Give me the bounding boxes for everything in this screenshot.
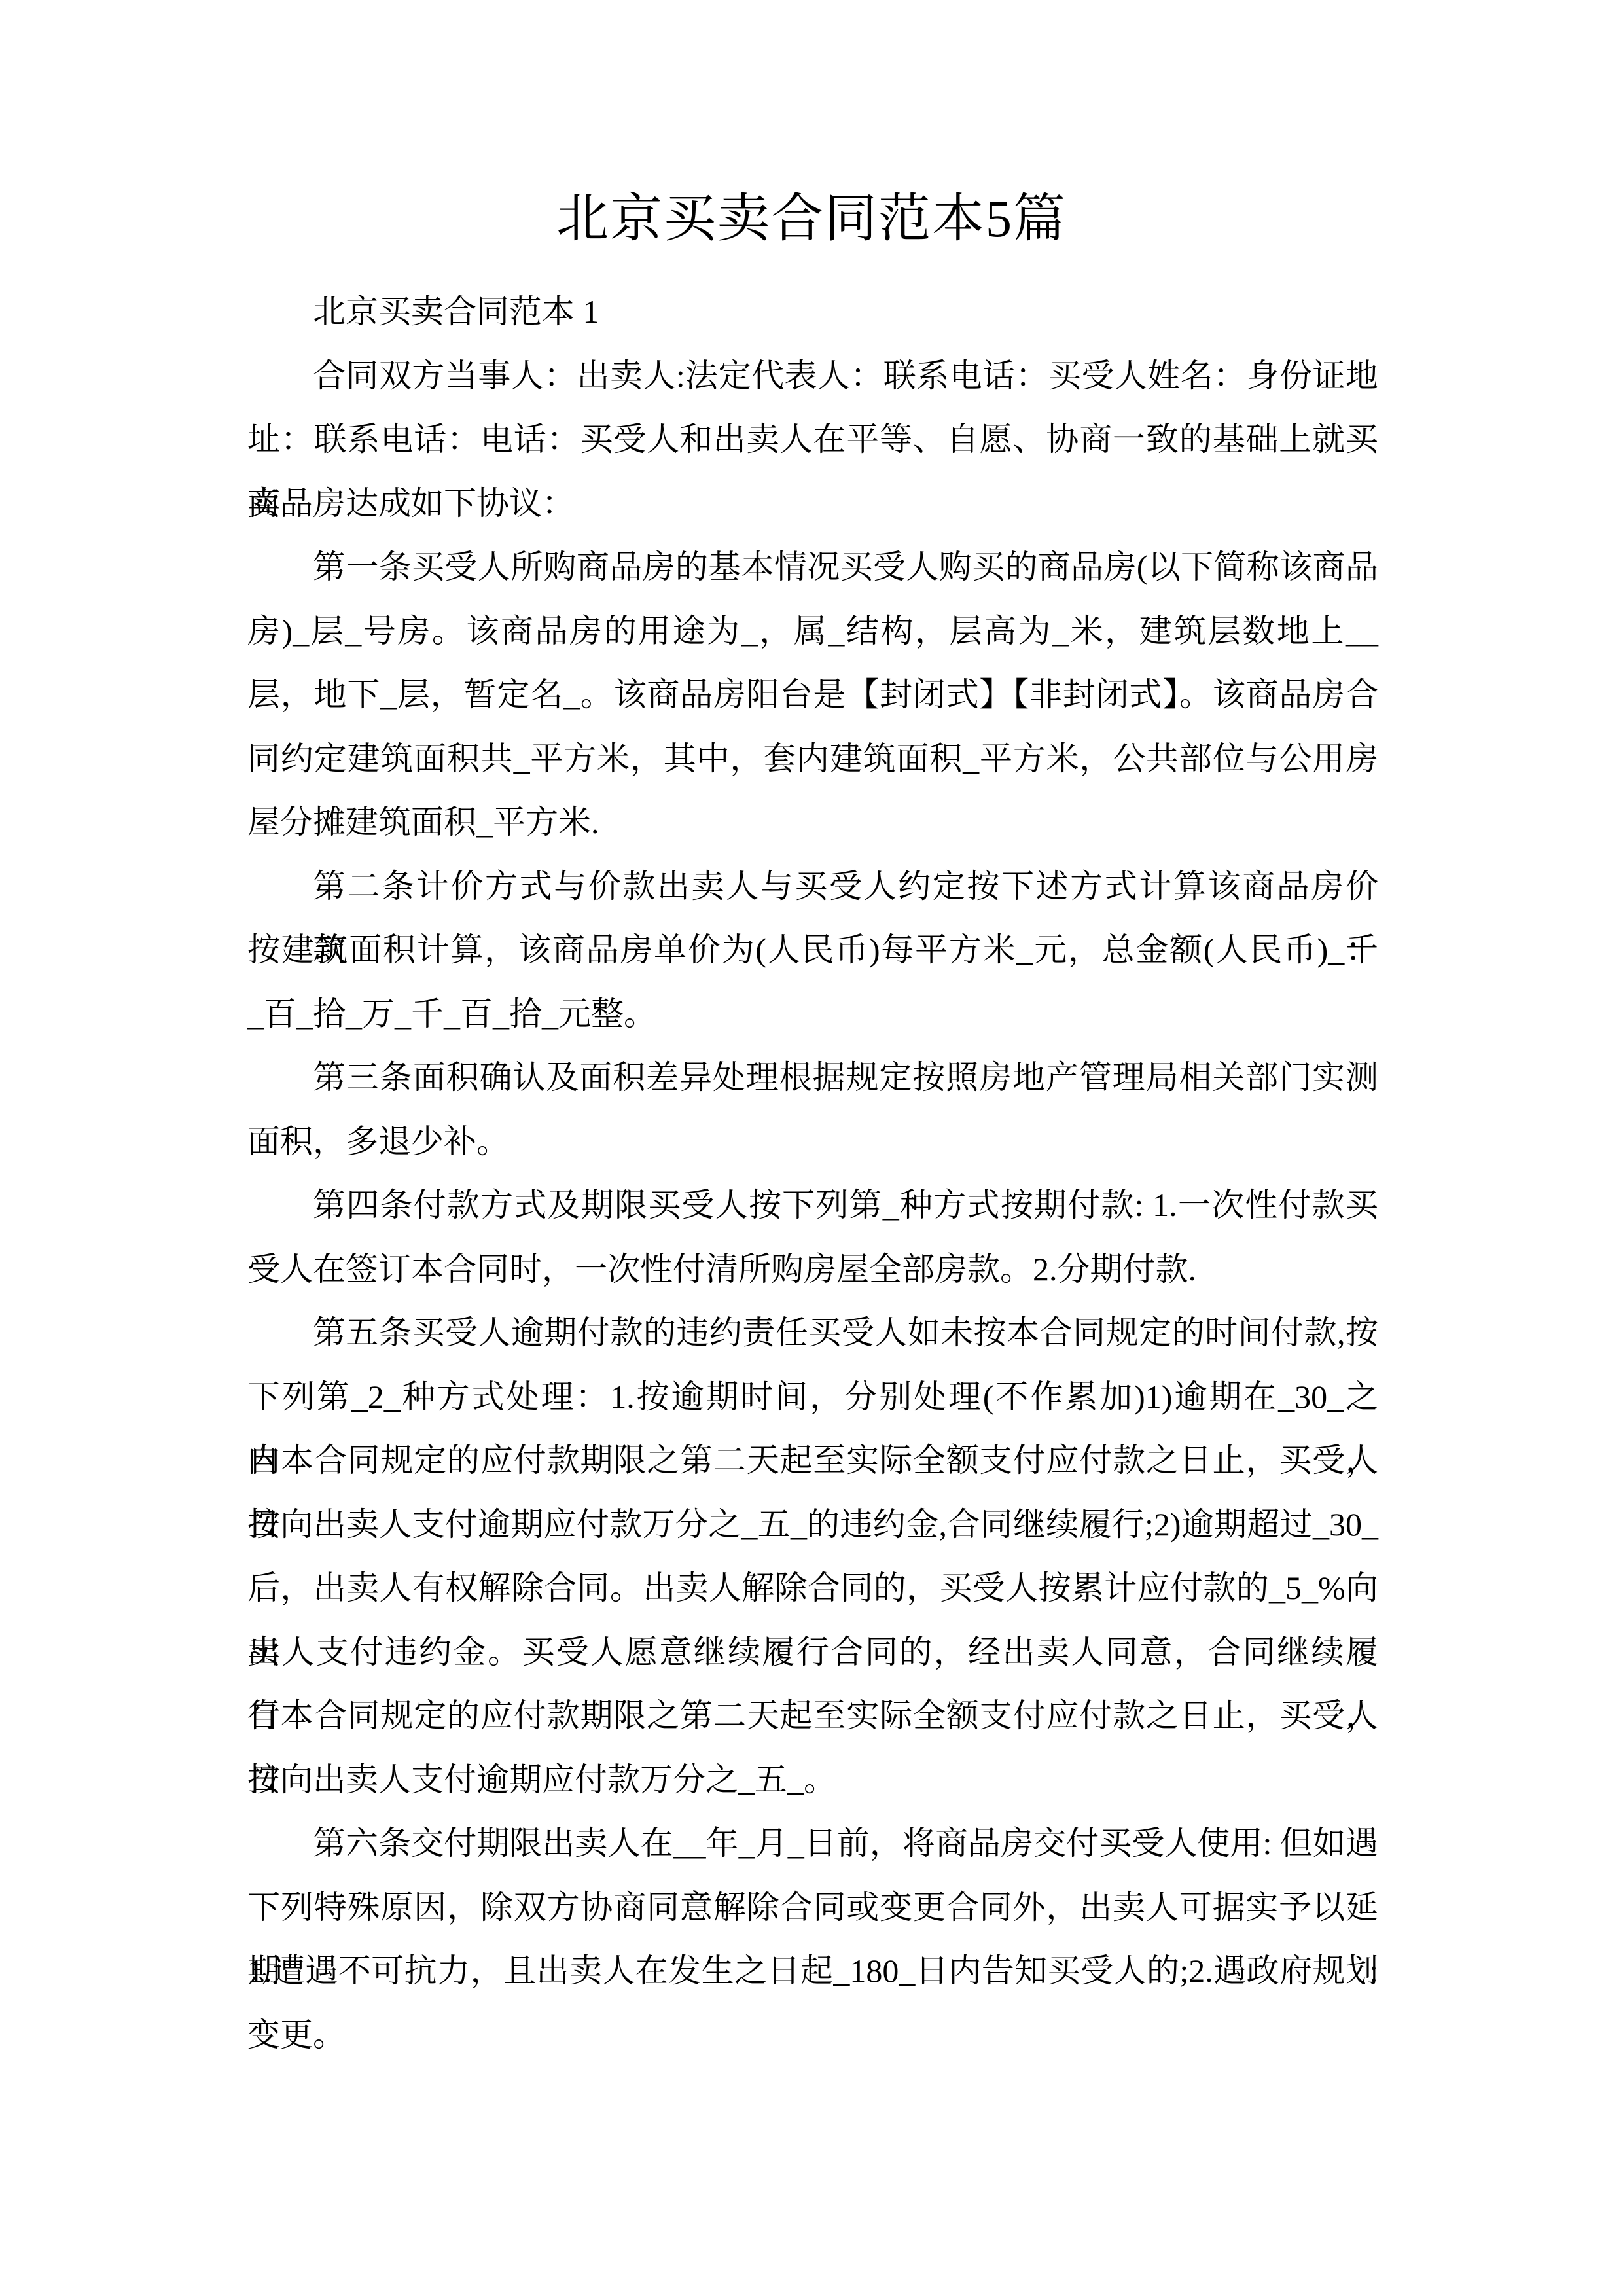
text-line: 受人在签订本合同时，一次性付清所购房屋全部房款。2.分期付款. [247, 1238, 1378, 1302]
text-line: 日向出卖人支付逾期应付款万分之_五_的违约金,合同继续履行;2)逾期超过_30_ [247, 1493, 1378, 1557]
document-title: 北京买卖合同范本5篇 [0, 177, 1623, 262]
text-line: 层，地下_层，暂定名_。该商品房阳台是【封闭式】【非封闭式】。该商品房合 [247, 663, 1378, 727]
text-line: 房)_层_号房。该商品房的用途为_，属_结构，层高为_米，建筑层数地上__ [247, 600, 1378, 664]
text-line: 卖人支付违约金。买受人愿意继续履行合同的，经出卖人同意，合同继续履行， [247, 1621, 1378, 1685]
text-line: 商品房达成如下协议： [247, 472, 1378, 536]
text-line: 第三条面积确认及面积差异处理根据规定按照房地产管理局相关部门实测 [247, 1046, 1378, 1110]
text-line: 自本合同规定的应付款期限之第二天起至实际全额支付应付款之日止，买受人按 [247, 1684, 1378, 1748]
text-line: 下列特殊原因，除双方协商同意解除合同或变更合同外，出卖人可据实予以延期: [247, 1876, 1378, 1940]
text-line: 址：联系电话：电话：买受人和出卖人在平等、自愿、协商一致的基础上就买卖 [247, 408, 1378, 472]
text-line: 日向出卖人支付逾期应付款万分之_五_。 [247, 1748, 1378, 1812]
text-line: 北京买卖合同范本 1 [247, 280, 1378, 344]
text-line: 第四条付款方式及期限买受人按下列第_种方式按期付款: 1.一次性付款买 [247, 1174, 1378, 1238]
text-line: 第一条买受人所购商品房的基本情况买受人购买的商品房(以下简称该商品 [247, 535, 1378, 600]
text-line: 第五条买受人逾期付款的违约责任买受人如未按本合同规定的时间付款,按 [247, 1301, 1378, 1365]
text-line: _百_拾_万_千_百_拾_元整。 [247, 982, 1378, 1047]
text-line: 第六条交付期限出卖人在__年_月_日前，将商品房交付买受人使用: 但如遇 [247, 1812, 1378, 1876]
text-line: 合同双方当事人：出卖人:法定代表人：联系电话：买受人姓名：身份证地 [247, 344, 1378, 408]
text-line: 屋分摊建筑面积_平方米. [247, 791, 1378, 855]
text-line: 后，出卖人有权解除合同。出卖人解除合同的，买受人按累计应付款的_5_%向出 [247, 1556, 1378, 1621]
text-line: 下列第_2_种方式处理：1.按逾期时间，分别处理(不作累加)1)逾期在_30_之… [247, 1365, 1378, 1429]
document-body: 北京买卖合同范本 1合同双方当事人：出卖人:法定代表人：联系电话：买受人姓名：身… [0, 280, 1623, 2067]
text-line: 自本合同规定的应付款期限之第二天起至实际全额支付应付款之日止，买受人按 [247, 1429, 1378, 1493]
document-page: 北京买卖合同范本5篇 北京买卖合同范本 1合同双方当事人：出卖人:法定代表人：联… [0, 0, 1623, 2296]
text-line: 1.遭遇不可抗力，且出卖人在发生之日起_180_日内告知买受人的;2.遇政府规划 [247, 1939, 1378, 2003]
text-line: 变更。 [247, 2003, 1378, 2068]
text-line: 按建筑面积计算，该商品房单价为(人民币)每平方米_元，总金额(人民币)_千 [247, 918, 1378, 982]
text-line: 第二条计价方式与价款出卖人与买受人约定按下述方式计算该商品房价款： [247, 855, 1378, 919]
text-line: 同约定建筑面积共_平方米，其中，套内建筑面积_平方米，公共部位与公用房 [247, 727, 1378, 791]
text-line: 面积，多退少补。 [247, 1110, 1378, 1174]
